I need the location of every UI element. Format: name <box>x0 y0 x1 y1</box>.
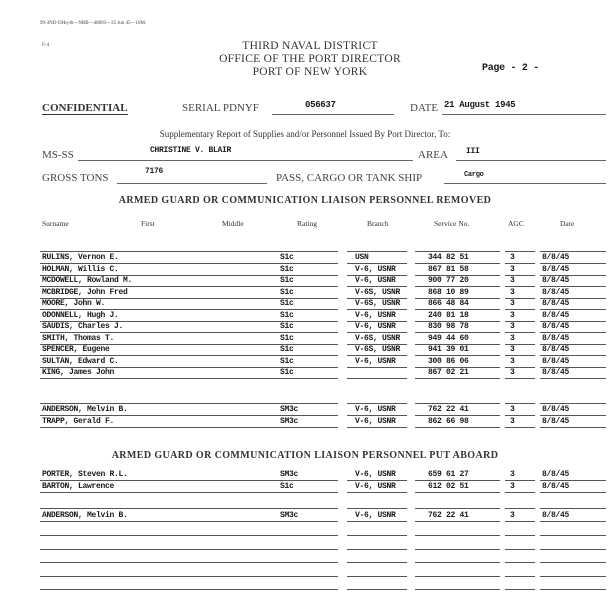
cell-service-no: 830 98 78 <box>428 321 469 332</box>
row-underline <box>540 378 606 379</box>
cell-service-no: 949 44 60 <box>428 333 469 344</box>
section-aboard-title: ARMED GUARD OR COMMUNICATION LIAISON PER… <box>0 450 610 461</box>
cell-date: 8/8/45 <box>542 367 569 378</box>
cell-service-no: 344 82 51 <box>428 252 469 263</box>
cell-rating: S1c <box>280 356 294 367</box>
table-row: PORTER, Steven R.L.SM3cV-6, USNR659 61 2… <box>0 469 610 481</box>
cell-service-no: 900 77 20 <box>428 275 469 286</box>
ship-label: MS-SS <box>42 149 74 161</box>
cell-agc: 3 <box>510 344 515 355</box>
table-row: SMITH, Thomas T.S1cV-6S, USNR949 44 6038… <box>0 333 610 345</box>
cell-branch: V-6S, USNR <box>355 298 400 309</box>
row-underline <box>278 562 338 563</box>
row-underline <box>540 589 606 590</box>
blank-row <box>0 565 610 577</box>
cell-date: 8/8/45 <box>542 416 569 427</box>
cell-date: 8/8/45 <box>542 252 569 263</box>
row-underline <box>415 521 500 522</box>
cell-service-no: 762 22 41 <box>428 404 469 415</box>
row-underline <box>415 589 500 590</box>
table-row: SPENCER, EugeneS1cV-6S, USNR941 39 0138/… <box>0 344 610 356</box>
row-underline <box>415 508 500 509</box>
cell-name: MCDOWELL, Rowland M. <box>42 275 132 286</box>
cell-rating: S1c <box>280 333 294 344</box>
cell-name: TRAPP, Gerald F. <box>42 416 114 427</box>
row-underline <box>40 427 290 428</box>
header-office: OFFICE OF THE PORT DIRECTOR <box>200 53 420 65</box>
row-underline <box>278 549 338 550</box>
cell-branch: V-6S, USNR <box>355 287 400 298</box>
col-rating: Rating <box>297 219 317 228</box>
col-first: First <box>141 219 155 228</box>
table-row: KING, James JohnS1c867 02 2138/8/45 <box>0 367 610 379</box>
blank-row <box>0 538 610 550</box>
row-underline <box>540 576 606 577</box>
blank-row <box>0 524 610 536</box>
row-underline <box>505 427 535 428</box>
cell-date: 8/8/45 <box>542 333 569 344</box>
cell-agc: 3 <box>510 510 515 521</box>
row-underline <box>415 378 500 379</box>
row-underline <box>415 549 500 550</box>
cell-agc: 3 <box>510 356 515 367</box>
cell-branch: V-6, USNR <box>355 321 396 332</box>
cell-rating: S1c <box>280 481 294 492</box>
cell-service-no: 762 22 41 <box>428 510 469 521</box>
cell-agc: 3 <box>510 310 515 321</box>
cell-service-no: 867 02 21 <box>428 367 469 378</box>
cell-name: ANDERSON, Melvin B. <box>42 404 128 415</box>
cell-date: 8/8/45 <box>542 287 569 298</box>
row-underline <box>540 492 606 493</box>
row-underline <box>40 378 290 379</box>
cell-branch: V-6, USNR <box>355 481 396 492</box>
row-underline <box>505 562 535 563</box>
row-underline <box>40 521 290 522</box>
cell-name: SAUDIS, Charles J. <box>42 321 123 332</box>
cell-name: ANDERSON, Melvin B. <box>42 510 128 521</box>
row-underline <box>40 508 290 509</box>
cell-branch: V-6, USNR <box>355 416 396 427</box>
cell-name: MCBRIDGE, John Fred <box>42 287 128 298</box>
row-underline <box>347 549 407 550</box>
cell-rating: S1c <box>280 264 294 275</box>
cell-agc: 3 <box>510 275 515 286</box>
row-underline <box>347 576 407 577</box>
header-district: THIRD NAVAL DISTRICT <box>200 40 420 52</box>
cell-date: 8/8/45 <box>542 404 569 415</box>
cell-date: 8/8/45 <box>542 344 569 355</box>
col-service-no: Service No. <box>434 219 469 228</box>
table-row: SAUDIS, Charles J.S1cV-6, USNR830 98 783… <box>0 321 610 333</box>
row-underline <box>347 427 407 428</box>
cell-agc: 3 <box>510 298 515 309</box>
row-underline <box>540 521 606 522</box>
table-row: MCDOWELL, Rowland M.S1cV-6, USNR900 77 2… <box>0 275 610 287</box>
cell-agc: 3 <box>510 469 515 480</box>
row-underline <box>40 589 290 590</box>
date-underline <box>442 114 606 115</box>
row-underline <box>415 535 500 536</box>
row-underline <box>278 535 338 536</box>
cell-agc: 3 <box>510 252 515 263</box>
row-underline <box>505 549 535 550</box>
cell-branch: V-6S, USNR <box>355 333 400 344</box>
row-underline <box>415 576 500 577</box>
col-surname: Surname <box>42 219 69 228</box>
cell-service-no: 659 61 27 <box>428 469 469 480</box>
cell-agc: 3 <box>510 287 515 298</box>
col-date: Date <box>560 219 574 228</box>
table-row: BARTON, LawrenceS1cV-6, USNR612 02 5138/… <box>0 481 610 493</box>
cell-service-no: 866 48 84 <box>428 298 469 309</box>
table-row: ODONNELL, Hugh J.S1cV-6, USNR240 81 1838… <box>0 310 610 322</box>
cell-agc: 3 <box>510 321 515 332</box>
cell-name: SPENCER, Eugene <box>42 344 110 355</box>
table-row: MOORE, John W.S1cV-6S, USNR866 48 8438/8… <box>0 298 610 310</box>
table-row: TRAPP, Gerald F.SM3cV-6, USNR862 66 9838… <box>0 416 610 428</box>
cell-service-no: 612 02 51 <box>428 481 469 492</box>
cell-service-no: 240 81 18 <box>428 310 469 321</box>
cell-date: 8/8/45 <box>542 321 569 332</box>
cell-agc: 3 <box>510 333 515 344</box>
blank-row <box>0 578 610 590</box>
cell-name: SULTAN, Edward C. <box>42 356 119 367</box>
table-row: ANDERSON, Melvin B.SM3cV-6, USNR762 22 4… <box>0 404 610 416</box>
table-row: ANDERSON, Melvin B.SM3cV-6, USNR762 22 4… <box>0 510 610 522</box>
row-underline <box>540 508 606 509</box>
row-underline <box>278 492 338 493</box>
cell-date: 8/8/45 <box>542 310 569 321</box>
row-underline <box>278 427 338 428</box>
gross-tons-underline <box>117 183 267 184</box>
form-print-code: 99-3ND-DHq-8i—NRB—48893—25 Jun 45—10M. <box>40 21 146 26</box>
table-row: SULTAN, Edward C.S1cV-6, USNR300 86 0638… <box>0 356 610 368</box>
ship-type-underline <box>444 183 606 184</box>
ship-underline <box>78 160 413 161</box>
cell-name: SMITH, Thomas T. <box>42 333 114 344</box>
date-value: 21 August 1945 <box>444 100 515 110</box>
ship-name-value: CHRISTINE V. BLAIR <box>150 146 231 155</box>
cell-rating: S1c <box>280 367 294 378</box>
row-underline <box>40 549 290 550</box>
cell-branch: V-6, USNR <box>355 510 396 521</box>
cell-name: KING, James John <box>42 367 114 378</box>
cell-date: 8/8/45 <box>542 510 569 521</box>
cell-rating: S1c <box>280 310 294 321</box>
row-underline <box>415 427 500 428</box>
cell-name: HOLMAN, Willis C. <box>42 264 119 275</box>
cell-branch: V-6S, USNR <box>355 344 400 355</box>
col-branch: Branch <box>367 219 389 228</box>
row-underline <box>505 492 535 493</box>
cell-branch: V-6, USNR <box>355 264 396 275</box>
ship-type-value: Cargo <box>464 171 484 179</box>
row-underline <box>505 535 535 536</box>
header-port: PORT OF NEW YORK <box>200 66 420 78</box>
row-underline <box>505 589 535 590</box>
row-underline <box>540 549 606 550</box>
row-underline <box>347 508 407 509</box>
area-value: III <box>466 147 480 156</box>
form-number: F-4 <box>42 43 49 48</box>
cell-agc: 3 <box>510 416 515 427</box>
cell-branch: V-6, USNR <box>355 310 396 321</box>
cell-name: MOORE, John W. <box>42 298 105 309</box>
cell-date: 8/8/45 <box>542 469 569 480</box>
blank-row <box>0 240 610 252</box>
row-underline <box>347 492 407 493</box>
cell-rating: S1c <box>280 275 294 286</box>
cell-service-no: 300 86 06 <box>428 356 469 367</box>
cell-service-no: 867 81 58 <box>428 264 469 275</box>
cell-date: 8/8/45 <box>542 356 569 367</box>
serial-label: SERIAL PDNYF <box>182 102 259 114</box>
row-underline <box>415 562 500 563</box>
cell-date: 8/8/45 <box>542 264 569 275</box>
row-underline <box>347 521 407 522</box>
row-underline <box>347 562 407 563</box>
col-middle: Middle <box>222 219 244 228</box>
row-underline <box>278 378 338 379</box>
row-underline <box>40 562 290 563</box>
section-removed-title: ARMED GUARD OR COMMUNICATION LIAISON PER… <box>0 195 610 206</box>
blank-row <box>0 392 610 404</box>
row-underline <box>40 535 290 536</box>
cell-name: RULINS, Vernon E. <box>42 252 119 263</box>
row-underline <box>505 521 535 522</box>
cell-branch: V-6, USNR <box>355 275 396 286</box>
cell-name: BARTON, Lawrence <box>42 481 114 492</box>
cell-branch: V-6, USNR <box>355 469 396 480</box>
row-underline <box>278 576 338 577</box>
cell-agc: 3 <box>510 404 515 415</box>
row-underline <box>278 521 338 522</box>
cell-agc: 3 <box>510 264 515 275</box>
cell-date: 8/8/45 <box>542 298 569 309</box>
cell-rating: S1c <box>280 252 294 263</box>
cell-name: PORTER, Steven R.L. <box>42 469 128 480</box>
cell-rating: SM3c <box>280 404 298 415</box>
gross-tons-label: GROSS TONS <box>42 172 109 184</box>
cell-service-no: 862 66 98 <box>428 416 469 427</box>
cell-rating: SM3c <box>280 416 298 427</box>
row-underline <box>505 576 535 577</box>
row-underline <box>40 576 290 577</box>
row-underline <box>40 492 290 493</box>
cell-date: 8/8/45 <box>542 275 569 286</box>
cell-agc: 3 <box>510 481 515 492</box>
row-underline <box>347 378 407 379</box>
cell-agc: 3 <box>510 367 515 378</box>
area-underline <box>456 160 606 161</box>
area-label: AREA <box>418 149 448 161</box>
row-underline <box>505 508 535 509</box>
cell-rating: SM3c <box>280 510 298 521</box>
page-number: Page - 2 - <box>482 63 539 74</box>
report-subtitle: Supplementary Report of Supplies and/or … <box>0 129 610 139</box>
cell-rating: S1c <box>280 287 294 298</box>
cell-branch: USN <box>355 252 369 263</box>
table-row: HOLMAN, Willis C.S1cV-6, USNR867 81 5838… <box>0 264 610 276</box>
cell-rating: SM3c <box>280 469 298 480</box>
row-underline <box>540 562 606 563</box>
cell-service-no: 941 39 01 <box>428 344 469 355</box>
table-row: MCBRIDGE, John FredS1cV-6S, USNR868 10 8… <box>0 287 610 299</box>
date-label: DATE <box>410 102 438 114</box>
row-underline <box>540 427 606 428</box>
row-underline <box>347 589 407 590</box>
cell-rating: S1c <box>280 298 294 309</box>
classification-label: CONFIDENTIAL <box>42 102 128 115</box>
row-underline <box>347 535 407 536</box>
table-row: RULINS, Vernon E.S1cUSN344 82 5138/8/45 <box>0 252 610 264</box>
col-agc: AGC <box>508 219 524 228</box>
ship-type-label: PASS, CARGO OR TANK SHIP <box>276 172 422 184</box>
blank-row <box>0 497 610 509</box>
serial-value: 056637 <box>305 100 336 110</box>
cell-rating: S1c <box>280 344 294 355</box>
row-underline <box>278 508 338 509</box>
blank-row <box>0 551 610 563</box>
cell-name: ODONNELL, Hugh J. <box>42 310 119 321</box>
cell-branch: V-6, USNR <box>355 404 396 415</box>
cell-rating: S1c <box>280 321 294 332</box>
cell-service-no: 868 10 89 <box>428 287 469 298</box>
cell-branch: V-6, USNR <box>355 356 396 367</box>
row-underline <box>540 535 606 536</box>
row-underline <box>278 589 338 590</box>
row-underline <box>415 492 500 493</box>
serial-underline <box>272 114 394 115</box>
gross-tons-value: 7176 <box>145 167 163 176</box>
row-underline <box>505 378 535 379</box>
cell-date: 8/8/45 <box>542 481 569 492</box>
